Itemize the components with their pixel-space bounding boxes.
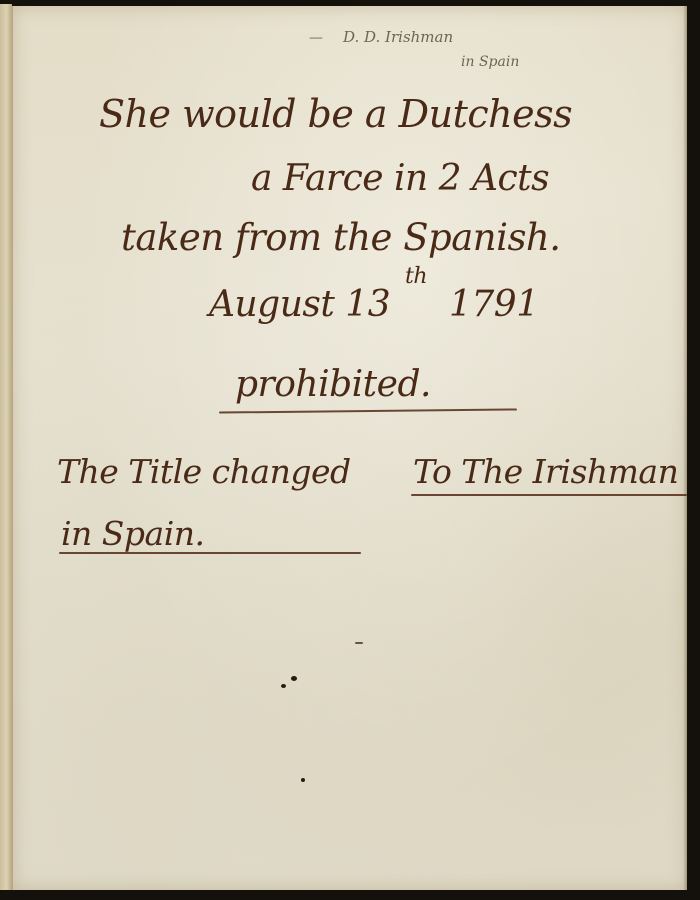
page-edge-shadow [683, 6, 687, 890]
title-line-2: a Farce in 2 Acts [251, 158, 549, 199]
date-month-day: August 13 [209, 284, 390, 325]
date-suffix: th [405, 264, 427, 289]
ink-mark [355, 642, 363, 644]
ink-spot [291, 676, 297, 681]
title-line-1: She would be a Dutchess [99, 92, 572, 136]
manuscript-page: — D. D. Irishman in Spain She would be a… [12, 6, 687, 890]
prohibited-underline [219, 408, 517, 413]
binding-edge [0, 4, 12, 890]
note-line-2-underline [59, 552, 361, 554]
title-line-3: taken from the Spanish. [121, 216, 561, 259]
new-title-underline [411, 494, 687, 496]
ink-spot [281, 684, 286, 688]
date-year: 1791 [449, 284, 539, 325]
pencil-dash: — [309, 30, 323, 46]
note-line-1-prefix: The Title changed [57, 452, 351, 491]
note-line-2: in Spain. [61, 514, 205, 553]
pencil-note-line1: D. D. Irishman [343, 28, 453, 46]
pencil-note-line2: in Spain [461, 54, 519, 70]
note-new-title: To The Irishman [413, 452, 678, 491]
status-prohibited: prohibited. [235, 364, 431, 405]
ink-spot [301, 778, 305, 782]
